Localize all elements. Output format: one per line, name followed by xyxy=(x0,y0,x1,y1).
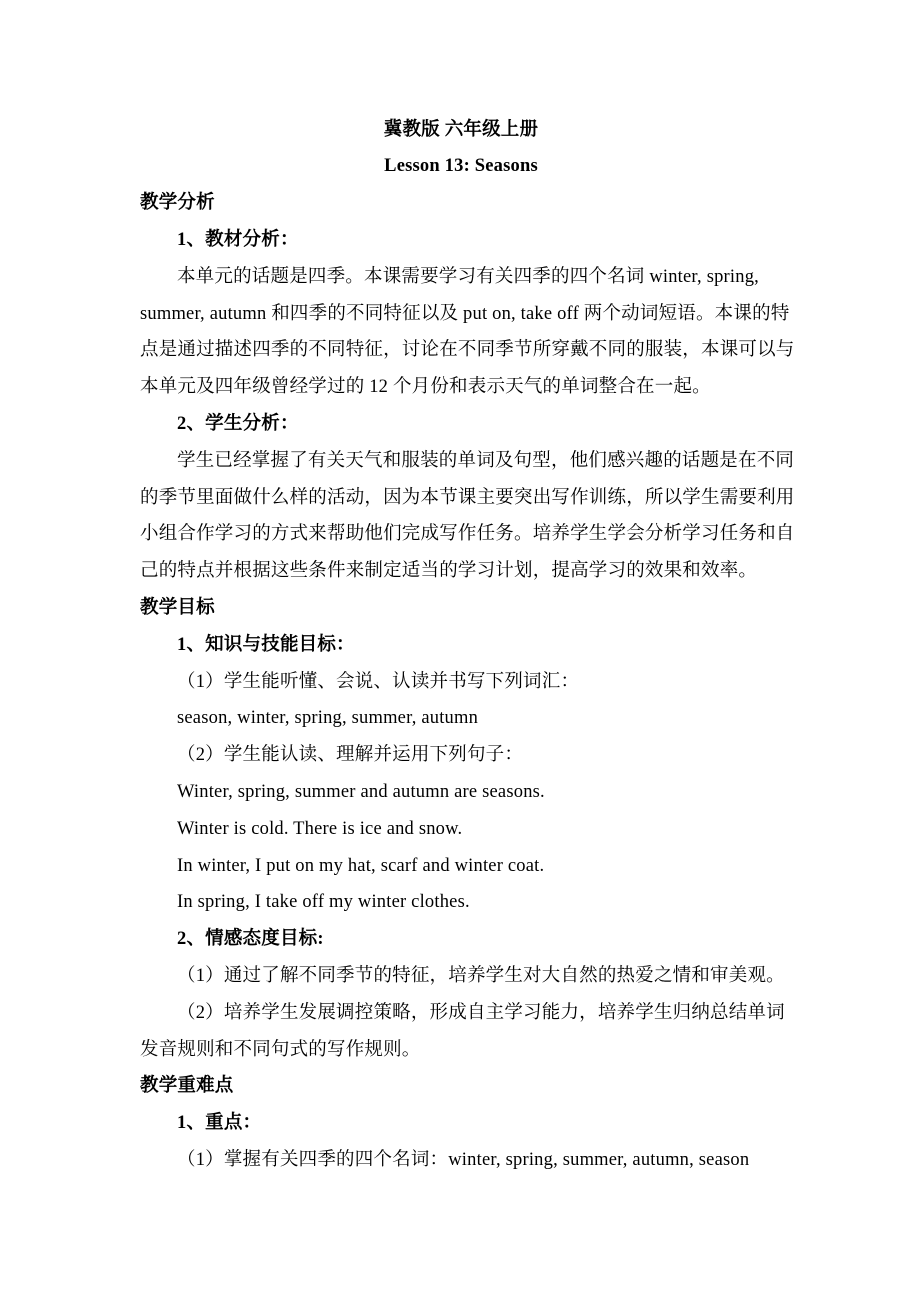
heading-key-difficult-points: 教学重难点 xyxy=(140,1068,782,1105)
doc-title: 冀教版 六年级上册 xyxy=(140,112,782,149)
knowledge-point-2: （2）学生能认读、理解并运用下列句子： xyxy=(140,737,782,774)
subheading-knowledge-skills: 1、知识与技能目标： xyxy=(140,627,782,664)
subheading-affective-attitude: 2、情感态度目标: xyxy=(140,921,782,958)
doc-subtitle: Lesson 13: Seasons xyxy=(140,148,782,185)
knowledge-point-1: （1）学生能听懂、会说、认读并书写下列词汇： xyxy=(140,664,782,701)
heading-teaching-analysis: 教学分析 xyxy=(140,185,782,222)
material-analysis-line-3: 点是通过描述四季的不同特征，讨论在不同季节所穿戴不同的服装，本课可以与 xyxy=(140,332,782,369)
affective-point-2-line-2: 发音规则和不同句式的写作规则。 xyxy=(140,1032,782,1069)
subheading-key-points: 1、重点： xyxy=(140,1105,782,1142)
key-point-1: （1）掌握有关四季的四个名词：winter, spring, summer, a… xyxy=(140,1142,782,1179)
subheading-student-analysis: 2、学生分析： xyxy=(140,406,782,443)
affective-point-1: （1）通过了解不同季节的特征，培养学生对大自然的热爱之情和审美观。 xyxy=(140,958,782,995)
student-analysis-line-4: 己的特点并根据这些条件来制定适当的学习计划，提高学习的效果和效率。 xyxy=(140,553,782,590)
sentence-line-3: In winter, I put on my hat, scarf and wi… xyxy=(140,848,782,885)
affective-point-2-line-1: （2）培养学生发展调控策略，形成自主学习能力，培养学生归纳总结单词 xyxy=(140,995,782,1032)
material-analysis-line-4: 本单元及四年级曾经学过的 12 个月份和表示天气的单词整合在一起。 xyxy=(140,369,782,406)
document-content: 冀教版 六年级上册 Lesson 13: Seasons 教学分析 1、教材分析… xyxy=(140,112,782,1179)
vocab-list: season, winter, spring, summer, autumn xyxy=(140,700,782,737)
sentence-line-1: Winter, spring, summer and autumn are se… xyxy=(140,774,782,811)
student-analysis-line-3: 小组合作学习的方式来帮助他们完成写作任务。培养学生学会分析学习任务和自 xyxy=(140,516,782,553)
material-analysis-line-1: 本单元的话题是四季。本课需要学习有关四季的四个名词 winter, spring… xyxy=(140,259,782,296)
sentence-line-4: In spring, I take off my winter clothes. xyxy=(140,884,782,921)
heading-teaching-objectives: 教学目标 xyxy=(140,590,782,627)
sentence-line-2: Winter is cold. There is ice and snow. xyxy=(140,811,782,848)
student-analysis-line-2: 的季节里面做什么样的活动，因为本节课主要突出写作训练，所以学生需要利用 xyxy=(140,480,782,517)
student-analysis-line-1: 学生已经掌握了有关天气和服装的单词及句型，他们感兴趣的话题是在不同 xyxy=(140,443,782,480)
material-analysis-line-2: summer, autumn 和四季的不同特征以及 put on, take o… xyxy=(140,296,782,333)
document-page: 冀教版 六年级上册 Lesson 13: Seasons 教学分析 1、教材分析… xyxy=(0,0,920,1302)
subheading-material-analysis: 1、教材分析： xyxy=(140,222,782,259)
